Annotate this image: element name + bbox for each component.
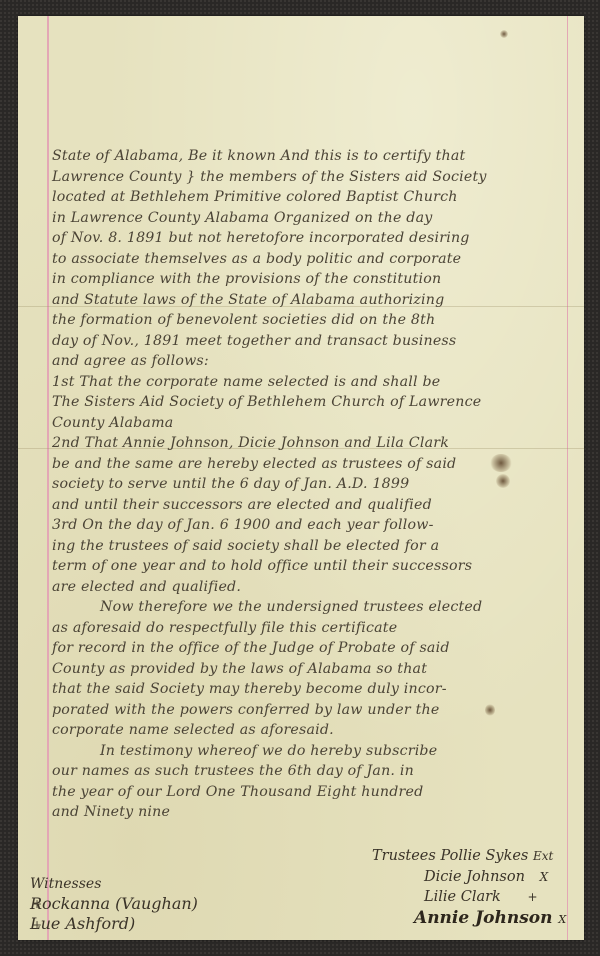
trustee-mark: X <box>558 913 566 926</box>
witness-mark: + <box>32 918 42 932</box>
witness-block: Witnesses Rockanna (Vaughan) Lue Ashford… <box>30 874 198 934</box>
witness-mark: + <box>32 897 42 911</box>
text-line: of Nov. 8. 1891 but not heretofore incor… <box>52 228 567 249</box>
text-line: Now therefore we the undersigned trustee… <box>52 597 567 618</box>
ink-spot <box>500 30 508 38</box>
text-line: as aforesaid do respectfully file this c… <box>52 618 567 639</box>
text-line: 3rd On the day of Jan. 6 1900 and each y… <box>52 515 567 536</box>
text-line: in Lawrence County Alabama Organized on … <box>52 208 567 229</box>
text-line: society to serve until the 6 day of Jan.… <box>52 474 567 495</box>
text-line: are elected and qualified. <box>52 577 567 598</box>
trustee-signature: Lilie Clark <box>424 889 501 905</box>
text-line: to associate themselves as a body politi… <box>52 249 567 270</box>
witness-signature: Lue Ashford) <box>30 914 198 934</box>
trustee-signature: Annie Johnson <box>414 908 552 928</box>
right-margin-rule <box>567 16 568 940</box>
trustee-mark: X <box>530 870 549 884</box>
text-line: ing the trustees of said society shall b… <box>52 536 567 557</box>
text-line: Lawrence County } the members of the Sis… <box>52 167 567 188</box>
document-page: State of Alabama, Be it known And this i… <box>18 16 584 940</box>
trustee-signature-line: Trustees Pollie Sykes Ext <box>372 846 566 867</box>
text-line: In testimony whereof we do hereby subscr… <box>52 741 567 762</box>
text-line: the formation of benevolent societies di… <box>52 310 567 331</box>
text-line: day of Nov., 1891 meet together and tran… <box>52 331 567 352</box>
trustees-label: Trustees <box>372 848 436 864</box>
text-line: our names as such trustees the 6th day o… <box>52 761 567 782</box>
text-line: the year of our Lord One Thousand Eight … <box>52 782 567 803</box>
trustee-signature-line: Annie Johnson X <box>372 908 566 931</box>
text-line: and until their successors are elected a… <box>52 495 567 516</box>
text-line: that the said Society may thereby become… <box>52 679 567 700</box>
text-line: and Ninety nine <box>52 802 567 823</box>
trustee-signature-line: Lilie Clark + <box>372 887 566 908</box>
trustee-signature: Dicie Johnson <box>424 869 525 885</box>
trustee-signature: Pollie Sykes <box>440 848 528 864</box>
text-line: located at Bethlehem Primitive colored B… <box>52 187 567 208</box>
text-line: County as provided by the laws of Alabam… <box>52 659 567 680</box>
certificate-body: State of Alabama, Be it known And this i… <box>52 146 567 823</box>
text-line: in compliance with the provisions of the… <box>52 269 567 290</box>
text-line: be and the same are hereby elected as tr… <box>52 454 567 475</box>
text-line: and Statute laws of the State of Alabama… <box>52 290 567 311</box>
text-line: 2nd That Annie Johnson, Dicie Johnson an… <box>52 433 567 454</box>
text-line: and agree as follows: <box>52 351 567 372</box>
trustee-signature-line: Dicie Johnson X <box>372 867 566 888</box>
trustee-signatures: Trustees Pollie Sykes Ext Dicie Johnson … <box>372 846 566 930</box>
text-line: The Sisters Aid Society of Bethlehem Chu… <box>52 392 567 413</box>
text-line: for record in the office of the Judge of… <box>52 638 567 659</box>
text-line: term of one year and to hold office unti… <box>52 556 567 577</box>
witness-label: Witnesses <box>30 874 198 894</box>
text-line: State of Alabama, Be it known And this i… <box>52 146 567 167</box>
text-line: County Alabama <box>52 413 567 434</box>
trustee-mark: + <box>505 890 537 904</box>
text-line: 1st That the corporate name selected is … <box>52 372 567 393</box>
text-line: corporate name selected as aforesaid. <box>52 720 567 741</box>
trustee-mark: Ext <box>533 849 553 863</box>
witness-signature: Rockanna (Vaughan) <box>30 894 198 914</box>
left-margin-rule <box>47 16 49 940</box>
text-line: porated with the powers conferred by law… <box>52 700 567 721</box>
